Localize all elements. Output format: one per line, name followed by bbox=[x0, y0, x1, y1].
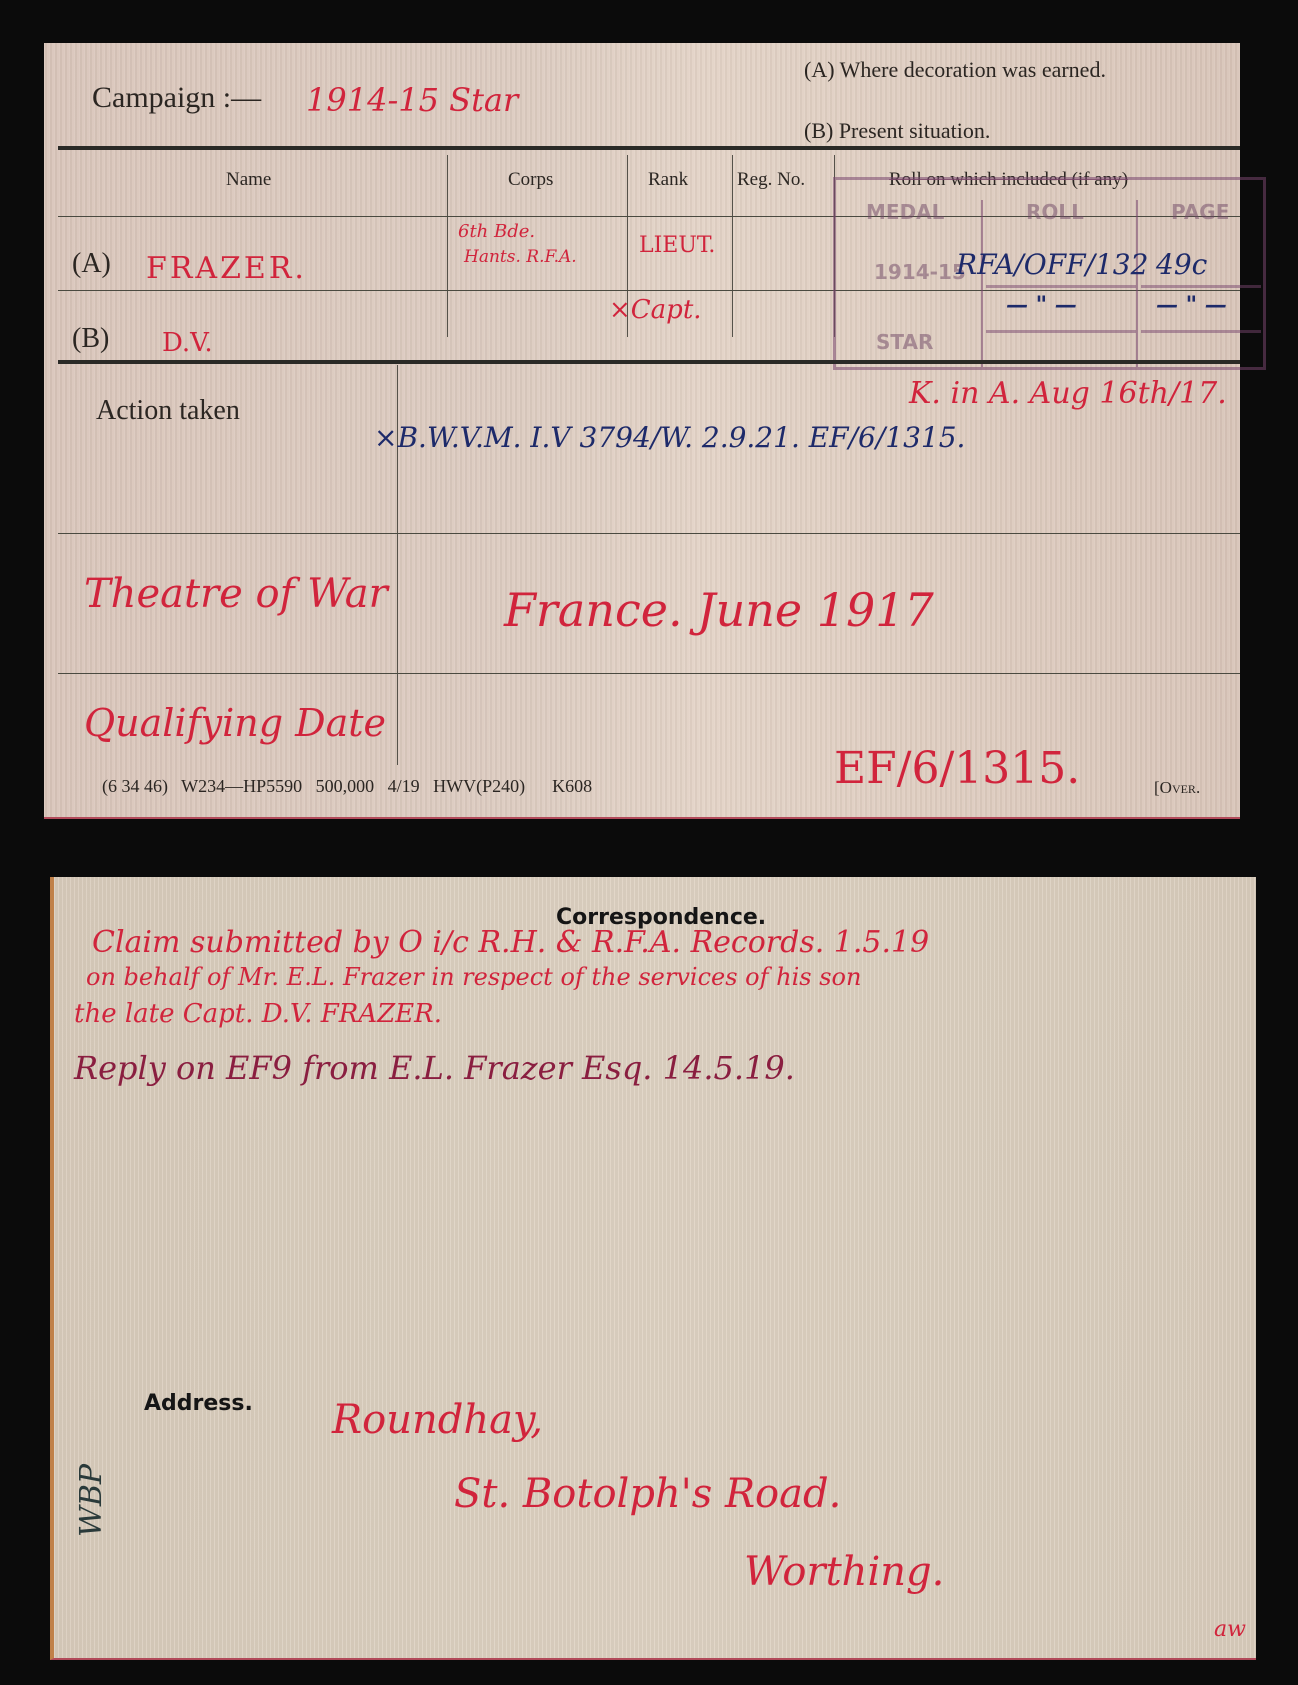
row-a-corps-line2: Hants. R.F.A. bbox=[464, 247, 577, 267]
col-corps: Corps bbox=[508, 169, 553, 191]
header-divider bbox=[58, 146, 1240, 150]
initials-left: WBP bbox=[74, 1464, 109, 1537]
qualifying-date-label: Qualifying Date bbox=[84, 701, 386, 745]
roll-page-ditto: — " — bbox=[1156, 292, 1227, 318]
over-note: [Over. bbox=[1154, 778, 1200, 798]
reply-line: Reply on EF9 from E.L. Frazer Esq. 14.5.… bbox=[74, 1049, 795, 1087]
medal-card-back: Correspondence. Claim submitted by O i/c… bbox=[50, 877, 1256, 1660]
campaign-value: 1914-15 Star bbox=[306, 81, 518, 119]
campaign-label: Campaign :— bbox=[92, 81, 261, 115]
action-taken-kia: K. in A. Aug 16th/17. bbox=[909, 376, 1227, 411]
row-b-name: D.V. bbox=[162, 328, 213, 358]
correspondence-line-1: Claim submitted by O i/c R.H. & R.F.A. R… bbox=[92, 925, 929, 960]
address-line-2: St. Botolph's Road. bbox=[454, 1471, 841, 1517]
roll-page: 49c bbox=[1156, 248, 1207, 281]
row-a-rank: LIEUT. bbox=[639, 233, 715, 258]
roll-ref: RFA/OFF/132 bbox=[956, 248, 1148, 281]
col-name: Name bbox=[226, 169, 271, 191]
correspondence-line-3: the late Capt. D.V. FRAZER. bbox=[74, 999, 442, 1029]
legend-a: (A) Where decoration was earned. bbox=[804, 57, 1106, 83]
row-a-corps-line1: 6th Bde. bbox=[458, 221, 535, 242]
col-rank: Rank bbox=[648, 169, 688, 191]
correspondence-line-2: on behalf of Mr. E.L. Frazer in respect … bbox=[86, 963, 861, 991]
action-divider bbox=[58, 360, 1240, 364]
legend-b: (B) Present situation. bbox=[804, 118, 990, 144]
col-reg-no: Reg. No. bbox=[737, 169, 805, 191]
row-a-marker: (A) bbox=[72, 248, 111, 280]
row-b-marker: (B) bbox=[72, 323, 109, 355]
row-b-rank: ×Capt. bbox=[609, 295, 702, 325]
medal-card-front: Campaign :— 1914-15 Star (A) Where decor… bbox=[44, 43, 1240, 819]
theatre-value: France. June 1917 bbox=[504, 583, 934, 637]
initials-right: aw bbox=[1214, 1617, 1246, 1642]
theatre-label: Theatre of War bbox=[84, 571, 388, 617]
action-taken-entry: ×B.W.V.M. I.V 3794/W. 2.9.21. EF/6/1315. bbox=[374, 421, 965, 454]
address-line-3: Worthing. bbox=[744, 1549, 944, 1595]
form-print-code: (6 34 46) W234—HP5590 500,000 4/19 HWV(P… bbox=[102, 776, 592, 797]
address-label: Address. bbox=[144, 1391, 253, 1416]
address-line-1: Roundhay, bbox=[332, 1397, 543, 1443]
roll-ref-ditto: — " — bbox=[1006, 292, 1077, 318]
medal-roll-stamp: MEDAL 1914-15 STAR ROLL PAGE RFA/OFF/132… bbox=[833, 177, 1266, 370]
row-a-name: FRAZER. bbox=[146, 251, 307, 286]
footer-reference: EF/6/1315. bbox=[834, 743, 1080, 794]
action-taken-label: Action taken bbox=[96, 395, 240, 427]
